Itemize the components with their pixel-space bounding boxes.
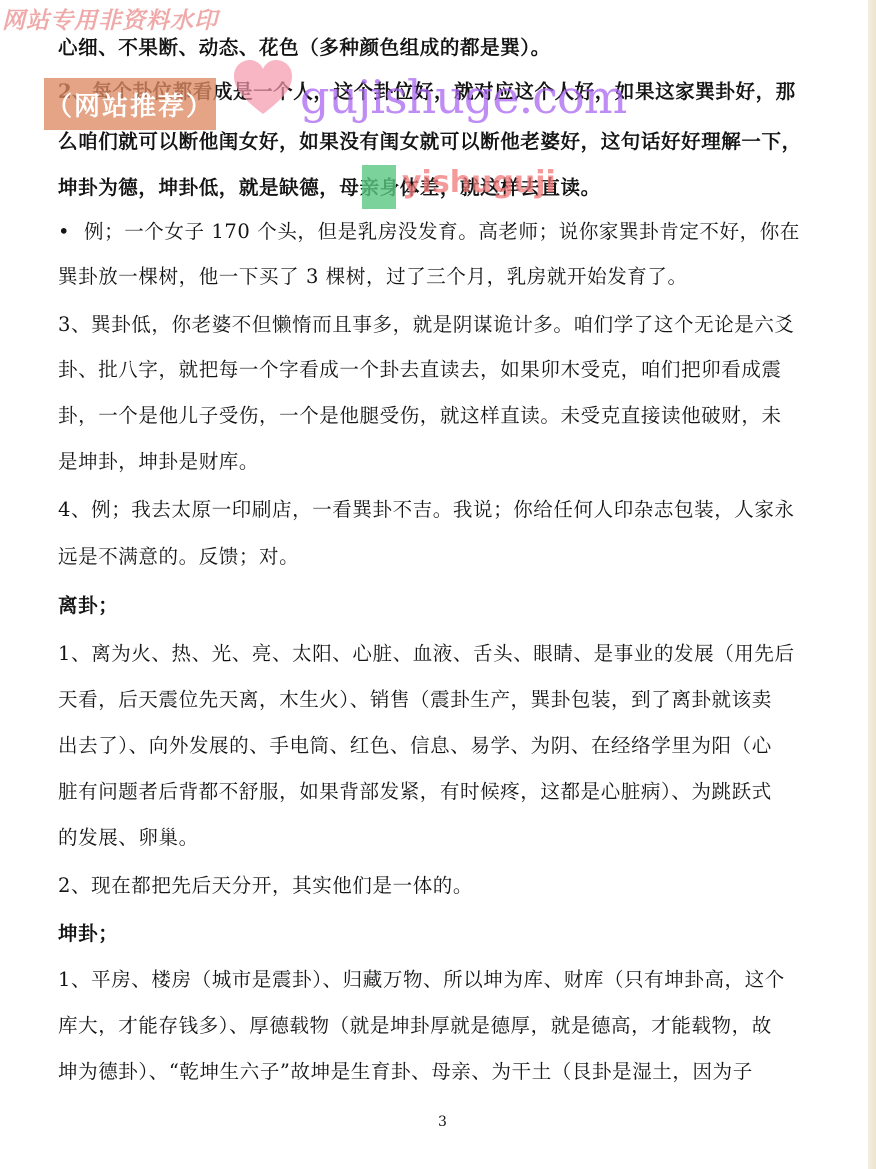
watermark-badge: （网站推荐） (44, 78, 216, 130)
bullet-icon: • (58, 220, 84, 244)
page-edge (868, 0, 876, 1169)
text-line: 远是不满意的。反馈；对。 (58, 545, 299, 569)
text-line: 1、离为火、热、光、亮、太阳、心脏、血液、舌头、眼睛、是事业的发展（用先后 (58, 642, 795, 666)
text-line: 4、例；我去太原一印刷店，一看巽卦不吉。我说；你给任何人印杂志包装，人家永 (58, 498, 795, 522)
text-line: 么咱们就可以断他闺女好，如果没有闺女就可以断他老婆好，这句话好好理解一下， (58, 130, 802, 154)
text-line: 2、现在都把先后天分开，其实他们是一体的。 (58, 874, 473, 898)
watermark-wechat-id: yishuguji (402, 165, 556, 200)
text-line: 1、平房、楼房（城市是震卦）、归藏万物、所以坤为库、财库（只有坤卦高，这个 (58, 968, 785, 992)
text-line: 巽卦放一棵树，他一下买了 3 棵树，过了三个月，乳房就开始发育了。 (58, 265, 688, 289)
text-line-bulleted: •例；一个女子 170 个头，但是乳房没发育。高老师；说你家巽卦肯定不好，你在 (58, 220, 800, 244)
watermark-url: gujishuge.com (300, 70, 626, 124)
text-line: 天看，后天震位先天离，木生火）、销售（震卦生产，巽卦包装，到了离卦就该卖 (58, 688, 772, 712)
text-line: 库大，才能存钱多）、厚德载物（就是坤卦厚就是德厚，就是德高，才能载物，故 (58, 1014, 772, 1038)
section-heading-li: 离卦； (58, 594, 118, 618)
page-number: 3 (438, 1114, 447, 1130)
text-line: 脏有问题者后背都不舒服，如果背部发紧，有时候疼，这都是心脏病）、为跳跃式 (58, 780, 772, 804)
text-line: 的发展、卵巢。 (58, 826, 199, 850)
text-line: 心细、不果断、动态、花色（多种颜色组成的都是巽）。 (58, 36, 551, 60)
text-line: 卦，一个是他儿子受伤，一个是他腿受伤，就这样直读。未受克直接读他破财，未 (58, 404, 782, 428)
heart-icon (232, 60, 294, 116)
text-line: 是坤卦，坤卦是财库。 (58, 450, 259, 474)
watermark-banner: 网站专用非资料水印 (2, 2, 218, 35)
text-line: 坤为德卦）、“乾坤生六子”故坤是生育卦、母亲、为干土（艮卦是湿土，因为子 (58, 1060, 753, 1084)
text-line: 例；一个女子 170 个头，但是乳房没发育。高老师；说你家巽卦肯定不好，你在 (84, 220, 800, 243)
section-heading-kun: 坤卦； (58, 922, 118, 946)
wechat-icon (362, 165, 396, 209)
text-line: 出去了）、向外发展的、手电筒、红色、信息、易学、为阴、在经络学里为阳（心 (58, 734, 772, 758)
text-line: 卦、批八字，就把每一个字看成一个卦去直读去，如果卯木受克，咱们把卯看成震 (58, 358, 782, 382)
text-line: 3、巽卦低，你老婆不但懒惰而且事多，就是阴谋诡计多。咱们学了这个无论是六爻 (58, 313, 795, 337)
